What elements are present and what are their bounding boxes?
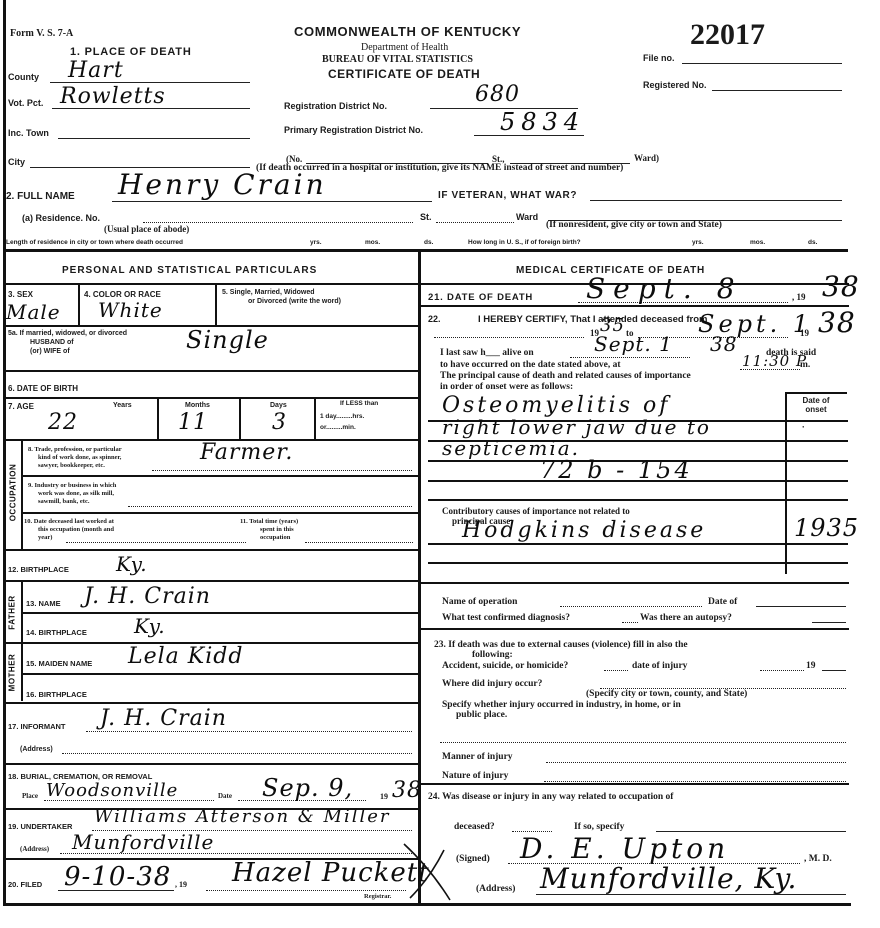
department-name: Department of Health bbox=[361, 42, 448, 53]
foreign-yrs-label: yrs. bbox=[692, 239, 704, 246]
principal-cause-1: The principal cause of death and related… bbox=[440, 371, 691, 381]
industry-label-3: sawmill, bank, etc. bbox=[38, 498, 89, 505]
filed-value: 9-10-38 bbox=[64, 862, 171, 892]
certificate-title: CERTIFICATE OF DEATH bbox=[328, 67, 480, 81]
cause-line bbox=[428, 562, 848, 564]
ds-label: ds. bbox=[424, 239, 433, 246]
onset-dot: · bbox=[802, 422, 805, 432]
full-name-value: Henry Crain bbox=[118, 168, 327, 201]
full-name-field[interactable] bbox=[112, 201, 432, 202]
divider bbox=[3, 702, 419, 704]
inc-town-field[interactable] bbox=[58, 138, 250, 139]
file-no-label: File no. bbox=[643, 53, 675, 63]
external-label-2: following: bbox=[472, 650, 513, 660]
reg-district-label: Registration District No. bbox=[284, 101, 387, 111]
years-label: Years bbox=[113, 402, 132, 409]
total-time-label-1: 11. Total time (years) bbox=[240, 518, 298, 525]
deceased-label: deceased? bbox=[454, 822, 495, 832]
left-border bbox=[3, 0, 6, 905]
signed-value: D. E. Upton bbox=[520, 832, 729, 865]
divider bbox=[419, 783, 849, 785]
residence-ward-label: Ward bbox=[516, 212, 538, 222]
operation-date-field[interactable] bbox=[756, 606, 846, 607]
trade-field[interactable] bbox=[152, 470, 412, 471]
residence-st-field[interactable] bbox=[436, 222, 514, 223]
divider bbox=[3, 397, 419, 399]
contributory-label-1: Contributory causes of importance not re… bbox=[442, 506, 630, 516]
informant-value: J. H. Crain bbox=[100, 706, 227, 731]
injury-year-field[interactable] bbox=[822, 670, 846, 671]
spouse-label-1: 5a. If married, widowed, or divorced bbox=[8, 330, 127, 337]
personal-heading: PERSONAL AND STATISTICAL PARTICULARS bbox=[62, 265, 317, 276]
sex-value: Male bbox=[6, 300, 61, 324]
total-time-field[interactable] bbox=[305, 542, 413, 543]
occupation-related-label: 24. Was disease or injury in any way rel… bbox=[428, 792, 673, 802]
county-label: County bbox=[8, 72, 39, 82]
registered-no-label: Registered No. bbox=[643, 80, 707, 90]
certify-text: I HEREBY CERTIFY, That I attended deceas… bbox=[478, 314, 707, 325]
divider bbox=[419, 305, 849, 307]
registrar-field[interactable] bbox=[206, 890, 406, 891]
trade-label-2: kind of work done, as spinner, bbox=[38, 454, 121, 461]
certify-number: 22. bbox=[428, 314, 441, 324]
industry-label-2: work was done, as silk mill, bbox=[38, 490, 114, 497]
trade-value: Farmer. bbox=[200, 440, 293, 465]
registered-no-field[interactable] bbox=[712, 90, 842, 91]
contributory-value: Hodgkins disease bbox=[462, 518, 706, 543]
reg-district-value: 680 bbox=[475, 82, 520, 107]
divider bbox=[22, 475, 419, 477]
marital-value: Single bbox=[186, 326, 269, 354]
stamp-number: 22017 bbox=[690, 18, 765, 52]
father-birthplace-value: Ky. bbox=[134, 614, 166, 638]
header-divider bbox=[3, 249, 848, 252]
divider bbox=[239, 398, 241, 440]
spouse-label-3: (or) WIFE of bbox=[30, 348, 70, 355]
divider bbox=[314, 398, 316, 440]
divider bbox=[22, 612, 419, 614]
informant-address-label: (Address) bbox=[20, 746, 53, 753]
divider bbox=[3, 763, 419, 765]
divider bbox=[22, 512, 419, 514]
date-of-death-year-prefix: , 19 bbox=[792, 292, 806, 302]
trade-label-3: sawyer, bookkeeper, etc. bbox=[38, 462, 105, 469]
foreign-birth-label: How long in U. S., if of foreign birth? bbox=[468, 239, 581, 246]
contributory-onset: 1935 bbox=[794, 514, 859, 542]
usual-place-note: (Usual place of abode) bbox=[104, 224, 189, 234]
divider bbox=[3, 549, 419, 551]
operation-label: Name of operation bbox=[442, 597, 517, 607]
undertaker-value: Williams Atterson & Miller bbox=[94, 806, 390, 827]
undertaker-address-label: (Address) bbox=[20, 845, 49, 853]
last-worked-label-3: year) bbox=[38, 534, 52, 541]
length-residence-label: Length of residence in city or town wher… bbox=[6, 239, 183, 246]
signed-label: (Signed) bbox=[456, 854, 490, 864]
last-worked-label-1: 10. Date deceased last worked at bbox=[24, 518, 114, 525]
father-name-value: J. H. Crain bbox=[84, 584, 211, 609]
burial-place-label: Place bbox=[22, 792, 38, 800]
undertaker-label: 19. UNDERTAKER bbox=[8, 822, 72, 831]
last-saw-field[interactable] bbox=[570, 357, 690, 358]
attended-to-year: 38 bbox=[818, 306, 856, 339]
vot-pct-value: Rowletts bbox=[60, 84, 166, 109]
principal-cause-2: in order of onset were as follows: bbox=[440, 382, 573, 392]
date-of-death-year: 38 bbox=[822, 270, 860, 303]
divider bbox=[3, 283, 419, 285]
burial-year-prefix: 19 bbox=[380, 792, 388, 801]
file-no-field[interactable] bbox=[682, 63, 842, 64]
divider bbox=[419, 582, 849, 584]
birthplace-label: 12. BIRTHPLACE bbox=[8, 565, 69, 574]
cause-line-4: 72 b - 154 bbox=[540, 456, 693, 484]
informant-address-field[interactable] bbox=[62, 753, 412, 754]
foreign-mos-label: mos. bbox=[750, 239, 765, 246]
divider bbox=[78, 284, 80, 326]
divider bbox=[3, 370, 419, 372]
pen-stroke-mark bbox=[400, 838, 460, 908]
divider bbox=[21, 581, 23, 701]
informant-field[interactable] bbox=[86, 731, 412, 732]
age-label: 7. AGE bbox=[8, 402, 34, 411]
injury-year-19: 19 bbox=[806, 661, 816, 671]
mother-name-value: Lela Kidd bbox=[128, 644, 243, 669]
burial-year-value: 38 bbox=[392, 778, 422, 803]
accident-label: Accident, suicide, or homicide? bbox=[442, 661, 568, 671]
total-time-label-2: spent in this bbox=[260, 526, 294, 533]
sex-label: 3. SEX bbox=[8, 290, 33, 299]
one-day-label: 1 day.........hrs. bbox=[320, 413, 364, 420]
marital-label-2: or Divorced (write the word) bbox=[248, 298, 341, 305]
days-label: Days bbox=[270, 402, 287, 409]
last-saw-label: I last saw h___ alive on bbox=[440, 348, 534, 358]
veteran-label: IF VETERAN, WHAT WAR? bbox=[438, 190, 577, 201]
filed-label: 20. FILED bbox=[8, 880, 42, 889]
foreign-ds-label: ds. bbox=[808, 239, 817, 246]
date-injury-field[interactable] bbox=[760, 670, 804, 671]
birthplace-value: Ky. bbox=[116, 552, 148, 576]
residence-label: (a) Residence. No. bbox=[22, 213, 100, 223]
date-onset-label: Date of onset bbox=[791, 396, 841, 414]
attended-from-field[interactable] bbox=[434, 337, 584, 338]
divider bbox=[22, 673, 419, 675]
autopsy-label: Was there an autopsy? bbox=[640, 613, 732, 623]
last-worked-label-2: this occupation (month and bbox=[38, 526, 114, 533]
marital-label-1: 5. Single, Married, Widowed bbox=[222, 289, 315, 296]
father-birthplace-label: 14. BIRTHPLACE bbox=[26, 628, 87, 637]
cause-line bbox=[428, 543, 848, 545]
age-months-value: 11 bbox=[178, 410, 208, 435]
burial-date-value: Sep. 9, bbox=[262, 774, 353, 802]
commonwealth-title: COMMONWEALTH OF KENTUCKY bbox=[294, 24, 521, 39]
if-so-label: If so, specify bbox=[574, 822, 624, 832]
filed-year-prefix: , 19 bbox=[175, 880, 187, 889]
father-side-label: FATHER bbox=[8, 588, 17, 638]
manner-label: Manner of injury bbox=[442, 752, 513, 762]
m-label: m. bbox=[800, 360, 810, 370]
total-time-label-3: occupation bbox=[260, 534, 290, 541]
operation-field[interactable] bbox=[560, 606, 702, 607]
divider bbox=[3, 580, 419, 582]
divider bbox=[215, 284, 217, 326]
center-divider bbox=[418, 250, 421, 905]
primary-reg-label: Primary Registration District No. bbox=[284, 125, 423, 135]
inc-town-label: Inc. Town bbox=[8, 128, 49, 138]
attended-to-year-prefix: 19 bbox=[800, 328, 809, 338]
burial-date-label: Date bbox=[218, 792, 232, 800]
occurred-text: to have occurred on the date stated abov… bbox=[440, 360, 621, 370]
months-label: Months bbox=[185, 402, 210, 409]
specify-whether-1: Specify whether injury occurred in indus… bbox=[442, 700, 681, 710]
burial-place-value: Woodsonville bbox=[46, 780, 178, 801]
divider bbox=[785, 392, 847, 394]
undertaker-address-value: Munfordville bbox=[72, 830, 214, 854]
address-value: Munfordville, Ky. bbox=[540, 862, 797, 895]
registrar-label: Registrar. bbox=[364, 893, 391, 900]
trade-label-1: 8. Trade, profession, or particular bbox=[28, 446, 122, 453]
form-number: Form V. S. 7-A bbox=[10, 28, 73, 39]
address-label: (Address) bbox=[476, 884, 515, 894]
vot-pct-label: Vot. Pct. bbox=[8, 98, 43, 108]
industry-field[interactable] bbox=[128, 506, 412, 507]
divider bbox=[419, 628, 849, 630]
or-min-label: or.........min. bbox=[320, 424, 356, 431]
bureau-name: BUREAU OF VITAL STATISTICS bbox=[322, 54, 473, 65]
race-value: White bbox=[98, 298, 163, 322]
injury-place-field[interactable] bbox=[440, 742, 846, 743]
place-of-death-heading: 1. PLACE OF DEATH bbox=[70, 46, 192, 58]
specify-city-note: (Specify city or town, county, and State… bbox=[586, 689, 747, 699]
md-label: , M. D. bbox=[804, 854, 832, 864]
time-value: 11:30 P bbox=[742, 352, 807, 370]
last-saw-value: Sept. 1 bbox=[594, 332, 673, 356]
mos-label: mos. bbox=[365, 239, 380, 246]
external-label-1: 23. If death was due to external causes … bbox=[434, 640, 688, 650]
spouse-label-2: HUSBAND of bbox=[30, 339, 74, 346]
ward-label: Ward) bbox=[634, 153, 659, 163]
nature-label: Nature of injury bbox=[442, 771, 508, 781]
full-name-label: 2. FULL NAME bbox=[6, 191, 75, 202]
informant-label: 17. INFORMANT bbox=[8, 722, 66, 731]
occupation-side-label: OCCUPATION bbox=[9, 458, 18, 528]
veteran-field[interactable] bbox=[590, 200, 842, 201]
mother-side-label: MOTHER bbox=[8, 648, 17, 698]
mother-birthplace-label: 16. BIRTHPLACE bbox=[26, 690, 87, 699]
less-than-label: If LESS than bbox=[340, 400, 378, 407]
residence-st-label: St. bbox=[420, 212, 432, 222]
divider bbox=[157, 398, 159, 440]
county-value: Hart bbox=[68, 58, 124, 83]
divider bbox=[21, 440, 23, 550]
city-label: City bbox=[8, 157, 25, 167]
yrs-label: yrs. bbox=[310, 239, 322, 246]
father-name-label: 13. NAME bbox=[26, 599, 61, 608]
accident-field[interactable] bbox=[604, 670, 628, 671]
test-field[interactable] bbox=[622, 622, 638, 623]
industry-label-1: 9. Industry or business in which bbox=[28, 482, 116, 489]
date-injury-label: date of injury bbox=[632, 661, 687, 671]
residence-no-field[interactable] bbox=[143, 222, 413, 223]
dob-label: 6. DATE OF BIRTH bbox=[8, 384, 78, 393]
nature-field[interactable] bbox=[544, 781, 846, 782]
last-saw-year: 38 bbox=[710, 332, 737, 356]
age-years-value: 22 bbox=[48, 410, 78, 435]
nonresident-note: (If nonresident, give city or town and S… bbox=[546, 220, 722, 230]
autopsy-field[interactable] bbox=[812, 622, 846, 623]
specify-whether-2: public place. bbox=[456, 710, 507, 720]
last-worked-field[interactable] bbox=[66, 542, 246, 543]
mother-name-label: 15. MAIDEN NAME bbox=[26, 659, 92, 668]
cause-line bbox=[428, 499, 848, 501]
date-of-death-label: 21. DATE OF DEATH bbox=[428, 292, 533, 303]
test-label: What test confirmed diagnosis? bbox=[442, 613, 570, 623]
where-injury-label: Where did injury occur? bbox=[442, 679, 542, 689]
date-of-death-value: Sept. 8 bbox=[586, 272, 743, 305]
age-days-value: 3 bbox=[272, 410, 287, 435]
date-of-label: Date of bbox=[708, 597, 737, 607]
manner-field[interactable] bbox=[546, 762, 846, 763]
primary-reg-value: 5834 bbox=[500, 108, 585, 136]
